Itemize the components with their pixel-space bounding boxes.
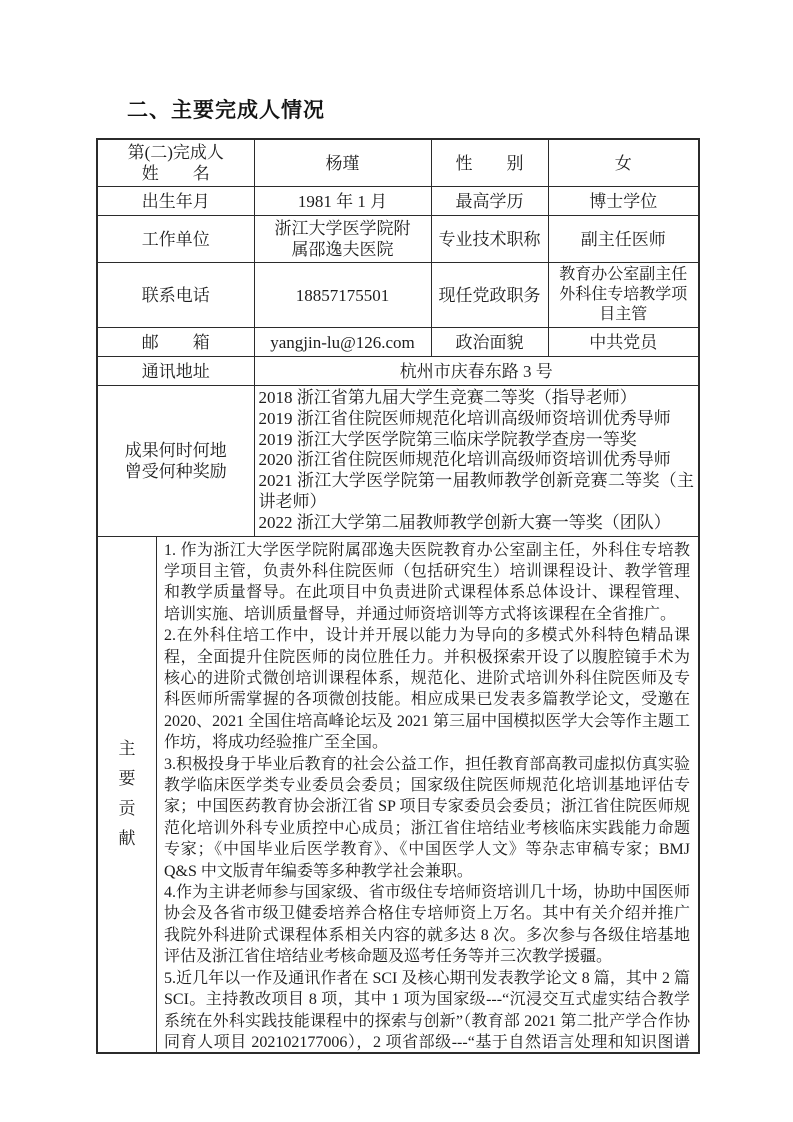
mailing-address-value: 杭州市庆春东路 3 号: [254, 357, 698, 386]
row-awards: 成果何时何地 曾受何种奖励 2018 浙江省第九届大学生竞赛二等奖（指导老师） …: [98, 386, 698, 536]
main-contributions-text: 1. 作为浙江大学医学院附属邵逸夫医院教育办公室副主任，外科住专培教学项目主管，…: [157, 537, 698, 1052]
birthdate-value: 1981 年 1 月: [254, 187, 431, 216]
main-contributions-label: 主 要 贡 献: [98, 537, 157, 1052]
contribution-paragraph: 2.在外科住培工作中，设计并开展以能力为导向的多模式外科特色精品课程，全面提升住…: [164, 625, 690, 753]
email-label: 邮 箱: [98, 328, 254, 357]
award-item: 2020 浙江省住院医师规范化培训高级师资培训优秀导师: [259, 450, 695, 471]
awards-label: 成果何时何地 曾受何种奖励: [98, 386, 254, 536]
award-item: 2019 浙江大学医学院第三临床学院教学查房一等奖: [259, 430, 695, 451]
row-main-contributions: 主 要 贡 献 1. 作为浙江大学医学院附属邵逸夫医院教育办公室副主任，外科住专…: [98, 536, 698, 1052]
info-grid: 第(二)完成人 姓 名 杨瑾 性 别 女 出生年月 1981 年 1 月 最高学…: [98, 140, 698, 536]
completer-name-label: 第(二)完成人 姓 名: [98, 140, 254, 187]
contribution-paragraph: 5.近几年以一作及通讯作者在 SCI 及核心期刊发表教学论文 8 篇，其中 2 …: [164, 968, 690, 1052]
mailing-address-label: 通讯地址: [98, 357, 254, 386]
current-position-value: 教育办公室副主任 外科住专培教学项 目主管: [548, 263, 698, 328]
completer-name-value: 杨瑾: [254, 140, 431, 187]
award-item: 2022 浙江大学第二届教师教学创新大赛一等奖（团队）: [259, 513, 695, 534]
work-unit-value: 浙江大学医学院附 属邵逸夫医院: [254, 216, 431, 263]
award-item: 2021 浙江大学医学院第一届教师教学创新竞赛二等奖（主讲老师）: [259, 471, 695, 513]
professional-title-value: 副主任医师: [548, 216, 698, 263]
award-item: 2019 浙江省住院医师规范化培训高级师资培训优秀导师: [259, 409, 695, 430]
current-position-label: 现任党政职务: [431, 263, 548, 328]
highest-degree-value: 博士学位: [548, 187, 698, 216]
row-address: 通讯地址 杭州市庆春东路 3 号: [98, 357, 698, 386]
award-item: 2018 浙江省第九届大学生竞赛二等奖（指导老师）: [259, 388, 695, 409]
row-name-gender: 第(二)完成人 姓 名 杨瑾 性 别 女: [98, 140, 698, 187]
row-birth-degree: 出生年月 1981 年 1 月 最高学历 博士学位: [98, 187, 698, 216]
contribution-paragraph: 3.积极投身于毕业后教育的社会公益工作，担任教育部高教司虚拟仿真实验教学临床医学…: [164, 754, 690, 882]
political-status-value: 中共党员: [548, 328, 698, 357]
political-status-label: 政治面貌: [431, 328, 548, 357]
birthdate-label: 出生年月: [98, 187, 254, 216]
gender-label: 性 别: [431, 140, 548, 187]
awards-list: 2018 浙江省第九届大学生竞赛二等奖（指导老师） 2019 浙江省住院医师规范…: [254, 386, 698, 536]
gender-value: 女: [548, 140, 698, 187]
document-page: 二、主要完成人情况 第(二)完成人 姓 名 杨瑾 性 别 女 出生年月 1981…: [0, 0, 793, 1122]
phone-label: 联系电话: [98, 263, 254, 328]
completer-info-table: 第(二)完成人 姓 名 杨瑾 性 别 女 出生年月 1981 年 1 月 最高学…: [96, 138, 700, 1054]
email-value: yangjin-lu@126.com: [254, 328, 431, 357]
contribution-paragraph: 4.作为主讲老师参与国家级、省市级住专培师资培训几十场，协助中国医师协会及各省市…: [164, 882, 690, 968]
row-email-party: 邮 箱 yangjin-lu@126.com 政治面貌 中共党员: [98, 328, 698, 357]
work-unit-label: 工作单位: [98, 216, 254, 263]
contribution-paragraph: 1. 作为浙江大学医学院附属邵逸夫医院教育办公室副主任，外科住专培教学项目主管，…: [164, 540, 690, 626]
row-phone-position: 联系电话 18857175501 现任党政职务 教育办公室副主任 外科住专培教学…: [98, 263, 698, 328]
row-workunit-title: 工作单位 浙江大学医学院附 属邵逸夫医院 专业技术职称 副主任医师: [98, 216, 698, 263]
professional-title-label: 专业技术职称: [431, 216, 548, 263]
section-title: 二、主要完成人情况: [127, 94, 793, 124]
highest-degree-label: 最高学历: [431, 187, 548, 216]
phone-value: 18857175501: [254, 263, 431, 328]
